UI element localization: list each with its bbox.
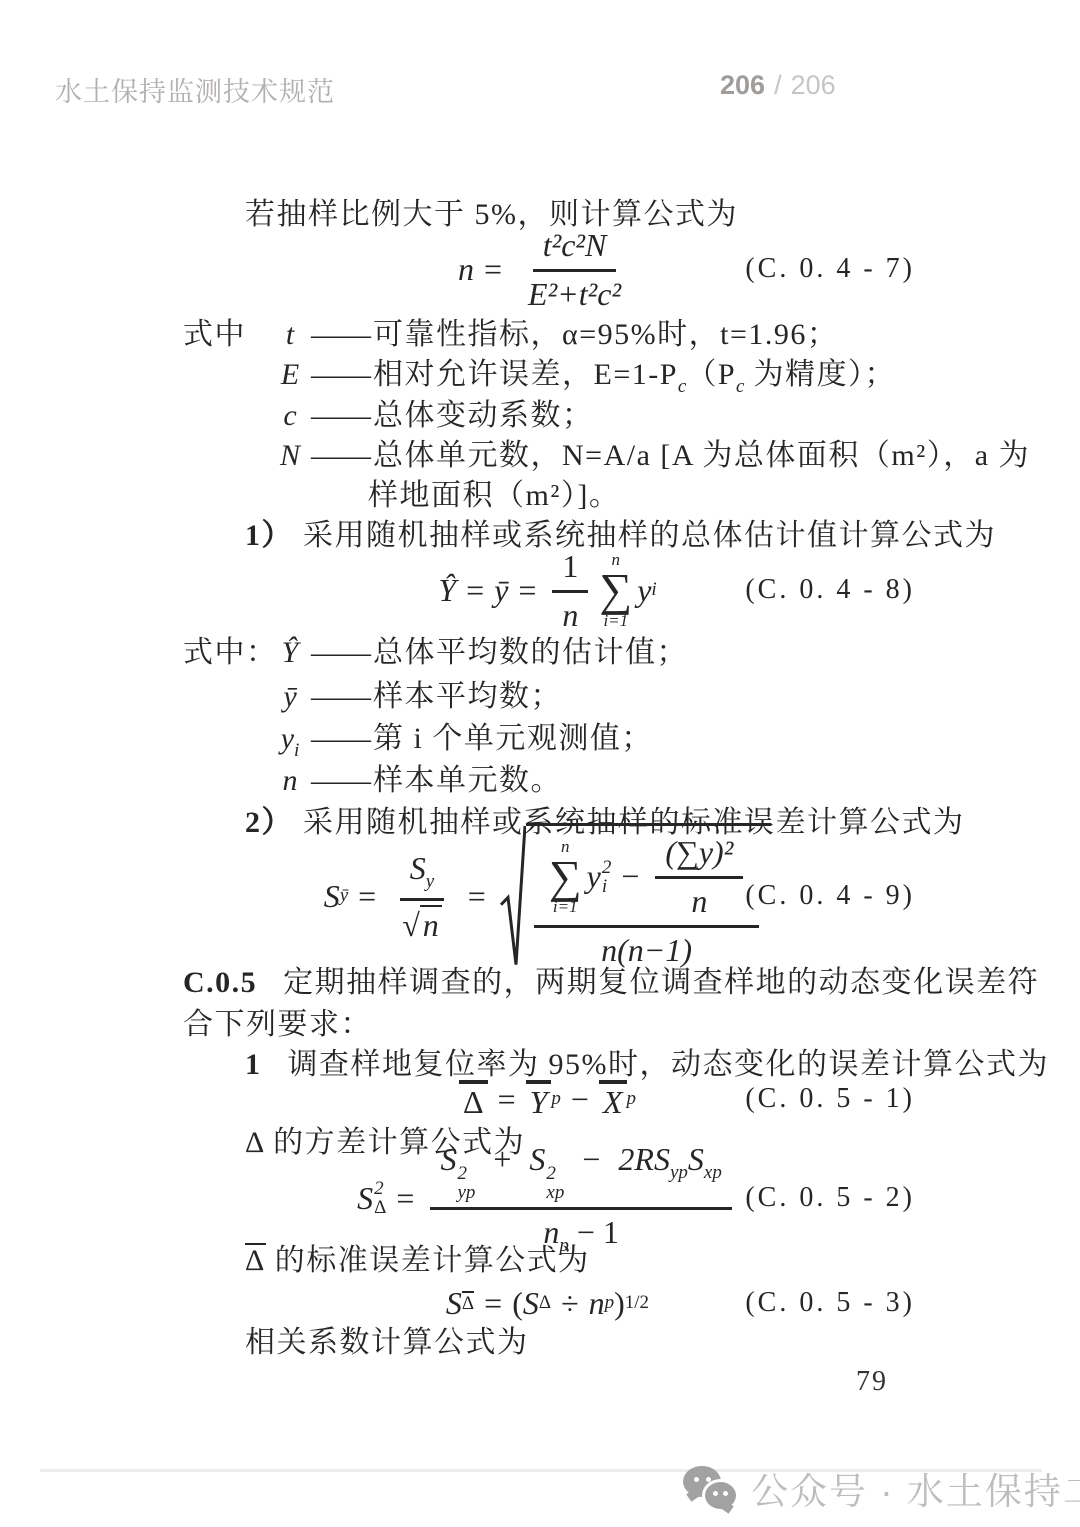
equation-body: S2Δ = S2yp + S2xp − 2RSypSxp np − 1 (357, 1140, 738, 1257)
math-var: S (523, 1285, 539, 1322)
viewer-header: 水土保持监测技术规范 206/206 (55, 70, 1080, 104)
definition-text-wrap: 样地面积（m²）]。 (368, 477, 620, 515)
overbar-X: X (599, 1080, 627, 1118)
document-title: 水土保持监测技术规范 (55, 77, 335, 107)
math-subscript: i (651, 579, 656, 601)
math-symbol: c (271, 397, 309, 435)
definition-row: ȳ——样本平均数； (183, 678, 562, 716)
wechat-bubble-front (702, 1479, 739, 1512)
math-var: y (281, 722, 294, 755)
clause-code: C.0.5 (183, 966, 257, 999)
radicand: n ∑ i=1 y 2i − (∑y)² n (526, 823, 771, 969)
equation-number: (C. 0. 4 - 9) (745, 880, 915, 912)
math-symbol: Δ (245, 1244, 266, 1277)
overbar-delta-small: Δ (462, 1291, 474, 1313)
math-var: S (688, 1141, 704, 1177)
fraction-denominator: n (552, 593, 588, 634)
math-subscript: i (294, 740, 299, 761)
fraction-denominator: n(n−1) (591, 928, 702, 969)
math-var: 2RS (618, 1141, 670, 1177)
equation-c053: SΔ = (SΔ ÷ np)1/2 (C. 0. 5 - 3) (180, 1280, 915, 1326)
equation-number: (C. 0. 5 - 3) (745, 1287, 915, 1319)
math-subscript: xp (704, 1162, 722, 1183)
overbar-delta: Δ (245, 1243, 266, 1276)
math-subscript: i (602, 877, 607, 896)
math-superscript: 2 (546, 1164, 556, 1183)
square-root: n ∑ i=1 y 2i − (∑y)² n (500, 823, 771, 969)
fraction-numerator: Sy (400, 849, 444, 901)
equation-body: SΔ = (SΔ ÷ np)1/2 (446, 1285, 649, 1322)
equation-number: (C. 0. 4 - 7) (745, 253, 915, 285)
minus-sign: − (582, 1141, 600, 1177)
definition-text-part: （P (686, 358, 736, 391)
math-var: y (637, 572, 651, 609)
definition-dash: —— (311, 636, 371, 669)
math-superscript: 1/2 (625, 1292, 649, 1314)
equals-sign: = (498, 1081, 516, 1118)
math-subscript: Δ (539, 1292, 551, 1314)
stderr-intro: Δ 的标准误差计算公式为 (245, 1242, 590, 1280)
where-label: 式中： (183, 634, 271, 672)
math-subscript: p (627, 1088, 637, 1110)
math-superscript: 2 (457, 1164, 467, 1183)
definition-dash: —— (311, 399, 371, 432)
overbar-delta: Δ (459, 1080, 488, 1118)
radicand: n (420, 905, 442, 944)
math-symbol: n (271, 762, 309, 800)
definition-text: 样本单元数。 (373, 764, 562, 797)
definition-text: 第 i 个单元观测值； (373, 722, 653, 755)
math-symbol: t (271, 316, 309, 354)
math-var: S (324, 878, 340, 915)
definition-dash: —— (311, 439, 371, 472)
radical-tick (500, 823, 526, 969)
wechat-icon (683, 1464, 739, 1512)
summation: n ∑ i=1 (599, 551, 632, 629)
intro-text: 的标准误差计算公式为 (266, 1244, 590, 1277)
equation-body: n = t²c²N E²+t²c² (458, 226, 637, 313)
equals-sign: = (358, 878, 376, 915)
open-paren: ( (512, 1285, 523, 1322)
correlation-intro: 相关系数计算公式为 (245, 1324, 529, 1362)
fraction: n ∑ i=1 y 2i − (∑y)² n (534, 832, 759, 969)
math-symbol: Δ (463, 1084, 484, 1120)
math-symbol: Δ (462, 1293, 474, 1314)
math-superscript: 2 (374, 1179, 384, 1198)
math-subscript: Δ (462, 1291, 474, 1315)
page-number: 79 (856, 1366, 888, 1398)
list-item-number: 2） (245, 806, 293, 839)
sup-sub-stack: 2i (602, 858, 612, 896)
math-subscript: ȳ (340, 885, 348, 907)
plus-sign: + (493, 1141, 511, 1177)
equation-c052: S2Δ = S2yp + S2xp − 2RSypSxp np − 1 (C. … (180, 1156, 915, 1240)
definition-text: 可靠性指标，α=95%时，t=1.96； (373, 318, 838, 351)
math-var: n (589, 1285, 605, 1322)
equation-c048: Ŷ = ȳ = 1 n n ∑ i=1 yi (C. 0. 4 - 8) (180, 546, 915, 634)
fraction-numerator: 1 (552, 547, 588, 593)
definition-text: 总体平均数的估计值； (373, 636, 688, 669)
equals-sign: = (484, 1285, 502, 1322)
fraction-denominator: E²+t²c² (518, 272, 631, 313)
definition-dash: —— (311, 722, 371, 755)
definition-text-part: 为精度）； (744, 358, 896, 391)
math-subscript: Δ (374, 1198, 386, 1217)
equation-c051: Δ = Yp − Xp (C. 0. 5 - 1) (180, 1076, 915, 1122)
fraction-numerator: n ∑ i=1 y 2i − (∑y)² n (534, 832, 759, 928)
definition-dash: —— (311, 764, 371, 797)
math-var: S (410, 850, 426, 886)
minus-sign: − (571, 1081, 589, 1118)
equals-sign: = (468, 878, 486, 915)
math-var: X (603, 1084, 623, 1120)
equation-body: Δ = Yp − Xp (459, 1080, 636, 1118)
equation-number: (C. 0. 5 - 2) (745, 1182, 915, 1214)
clause-c05-line1: C.0.5定期抽样调查的，两期复位调查样地的动态变化误差符 (183, 964, 1039, 1002)
math-var: S (446, 1285, 462, 1322)
math-subscript: yp (457, 1183, 475, 1202)
page-separator: / (774, 70, 782, 100)
equals-sign: = (396, 1180, 414, 1217)
definition-text: 总体单元数，N=A/a [A 为总体面积（m²），a 为 (373, 439, 1030, 472)
math-var-ybar: ȳ (494, 572, 508, 609)
definition-text: 总体变动系数； (373, 399, 594, 432)
fraction: Sy √n (392, 849, 452, 944)
footer-watermark: 公众号 · 水土保持二三 (683, 1461, 1080, 1515)
math-symbol: E (271, 356, 309, 394)
fraction-numerator: S2yp + S2xp − 2RSypSxp (430, 1140, 731, 1210)
divide-sign: ÷ (561, 1285, 579, 1322)
math-var: S (357, 1180, 373, 1217)
math-symbol: ȳ (271, 678, 309, 716)
footer-brand-text: 公众号 · 水土保持二三 (751, 1461, 1080, 1515)
document-viewer: 水土保持监测技术规范 206/206 若抽样比例大于 5%，则计算公式为 n =… (0, 0, 1080, 1527)
definition-dash: —— (311, 358, 371, 391)
math-symbol: N (271, 437, 309, 475)
definition-text-part: 相对允许误差，E=1-P (373, 358, 678, 391)
equation-number: (C. 0. 5 - 1) (745, 1083, 915, 1115)
equation-number: (C. 0. 4 - 8) (745, 574, 915, 606)
sum-lower-limit: i=1 (603, 612, 628, 629)
fraction: 1 n (552, 547, 588, 634)
sigma-symbol: ∑ (599, 568, 632, 612)
summation: n ∑ i=1 (549, 838, 582, 916)
definition-dash: —— (311, 680, 371, 713)
close-paren: ) (614, 1285, 625, 1322)
math-var-hat-Y: Ŷ (438, 572, 456, 609)
current-page: 206 (720, 70, 765, 100)
equals-sign: = (484, 251, 502, 288)
math-symbol: Ŷ (271, 634, 309, 672)
fraction: (∑y)² n (655, 833, 743, 920)
definition-row: 式中t——可靠性指标，α=95%时，t=1.96； (183, 316, 838, 354)
math-var: S (529, 1141, 545, 1177)
definition-row: N——总体单元数，N=A/a [A 为总体面积（m²），a 为 (183, 437, 1030, 475)
clause-text: 定期抽样调查的，两期复位调查样地的动态变化误差符 (283, 966, 1039, 999)
fraction-denominator: n (681, 879, 717, 920)
radical-sign: √ (402, 907, 420, 943)
sup-sub-stack: 2xp (546, 1164, 564, 1202)
math-var: y (587, 858, 601, 895)
fraction-numerator: (∑y)² (655, 833, 743, 879)
math-subscript: xp (546, 1183, 564, 1202)
minus-sign: − (621, 858, 639, 895)
math-subscript: y (426, 871, 434, 892)
equation-body: Ŷ = ȳ = 1 n n ∑ i=1 yi (438, 547, 656, 634)
clause-c05-line2: 合下列要求： (183, 1006, 372, 1044)
equation-c049: Sȳ = Sy √n = n (180, 836, 915, 956)
total-pages: 206 (791, 70, 836, 100)
math-symbol: Δ (245, 1126, 264, 1159)
sigma-symbol: ∑ (549, 855, 582, 899)
fraction-numerator: t²c²N (533, 226, 617, 272)
definition-text: 样本平均数； (373, 680, 562, 713)
overbar-Y: Y (526, 1080, 552, 1118)
equation-body: Sȳ = Sy √n = n (324, 823, 772, 969)
definition-row: 式中：Ŷ——总体平均数的估计值； (183, 634, 688, 672)
sum-lower-limit: i=1 (553, 898, 578, 915)
sup-sub-stack: 2Δ (374, 1179, 386, 1217)
equals-sign: = (466, 572, 484, 609)
sup-sub-stack: 2yp (457, 1164, 475, 1202)
definition-text: 相对允许误差，E=1-Pc（Pc 为精度）； (373, 358, 896, 391)
math-superscript: 2 (602, 858, 612, 877)
math-var: n (458, 251, 474, 288)
fraction: t²c²N E²+t²c² (518, 226, 631, 313)
equation-c047: n = t²c²N E²+t²c² (C. 0. 4 - 7) (180, 230, 915, 308)
math-subscript: p (605, 1292, 615, 1314)
math-var: Y (530, 1084, 548, 1120)
fraction-denominator: √n (392, 901, 452, 944)
equals-sign: = (518, 572, 536, 609)
math-subscript: p (551, 1088, 561, 1110)
math-subscript: yp (670, 1162, 688, 1183)
definition-row: c——总体变动系数； (183, 397, 594, 435)
definition-dash: —— (311, 318, 371, 351)
page-indicator: 206/206 (720, 70, 836, 101)
where-label: 式中 (183, 316, 271, 354)
definition-row: n——样本单元数。 (183, 762, 562, 800)
math-var: S (440, 1141, 456, 1177)
fraction: S2yp + S2xp − 2RSypSxp np − 1 (430, 1140, 731, 1257)
